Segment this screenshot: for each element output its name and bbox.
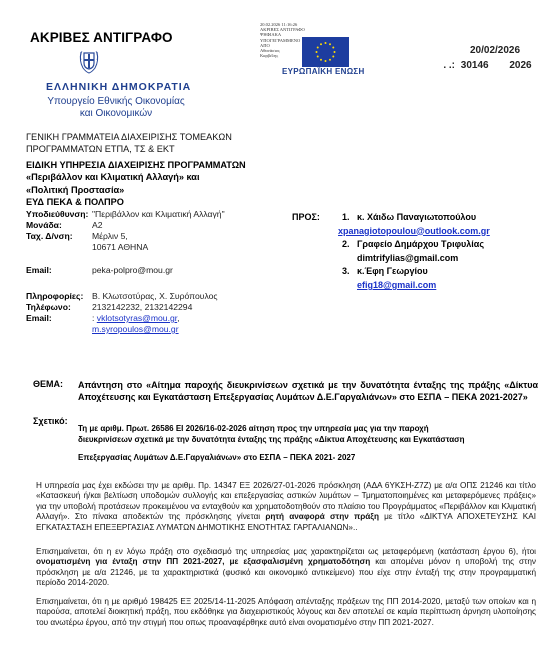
field-contact-email: Email:: vklotsotyras@mou.gr,m.syropoulos… <box>26 313 180 335</box>
ministry-line-1: Υπουργείο Εθνικής Οικονομίας <box>36 96 196 108</box>
special-service-line-4: ΕΥΔ ΠΕΚΑ & ΠΟΛΠΡΟ <box>26 196 296 208</box>
field-phone: Τηλέφωνο:2132142232, 2132142294 <box>26 302 192 313</box>
field-value: Μέρλιν 5,10671 ΑΘΗΝΑ <box>92 231 148 253</box>
field-value: 2132142232, 2132142294 <box>92 302 192 313</box>
recipient-name: 3.κ.Έφη Γεωργίου <box>342 265 552 279</box>
email-link-recipient-3[interactable]: efig18@gmail.com <box>357 280 436 290</box>
field-value: : vklotsotyras@mou.gr,m.syropoulos@mou.g… <box>92 313 180 335</box>
special-service-line-3: «Πολιτική Προστασία» <box>26 184 296 196</box>
subject-label: ΘΕΜΑ: <box>33 379 63 389</box>
protocol-prefix: . .: <box>433 60 455 71</box>
email-link-syropoulos[interactable]: m.syropoulos@mou.gr <box>92 324 179 334</box>
recipients-label: ΠΡΟΣ: <box>292 212 320 222</box>
field-value: "Περιβάλλον και Κλιματική Αλλαγή" <box>92 209 225 220</box>
certified-copy-title: ΑΚΡΙΒΕΣ ΑΝΤΙΓΡΑΦΟ <box>30 30 173 45</box>
greek-coat-of-arms-icon <box>77 48 101 74</box>
body-paragraph-2: Επισημαίνεται, ότι η εν λόγω πράξη στο σ… <box>36 547 536 589</box>
special-service: ΕΙΔΙΚΗ ΥΠΗΡΕΣΙΑ ΔΙΑΧΕΙΡΙΣΗΣ ΠΡΟΓΡΑΜΜΑΤΩΝ… <box>26 159 296 208</box>
field-subdirectorate: Υποδιεύθυνση:"Περιβάλλον και Κλιματική Α… <box>26 209 225 220</box>
field-label: Μονάδα: <box>26 220 92 231</box>
field-address: Ταχ. Δ/νση:Μέρλιν 5,10671 ΑΘΗΝΑ <box>26 231 148 253</box>
general-secretariat-line-1: ΓΕΝΙΚΗ ΓΡΑΜΜΑΤΕΙΑ ΔΙΑΧΕΙΡΙΣΗΣ ΤΟΜΕΑΚΩΝ <box>26 131 286 143</box>
recipient-email: xpanagiotopoulou@outlook.com.gr <box>338 225 552 239</box>
digital-signature-stamp: 20.02.2026 11:16:26 ΑΚΡΙΒΕΣ ΑΝΤΙΓΡΑΦΟ ΨΗ… <box>260 22 305 58</box>
field-label: Email: <box>26 265 92 276</box>
document-date: 20/02/2026 <box>470 45 520 56</box>
ministry-line-2: και Οικονομικών <box>36 108 196 120</box>
field-unit: Μονάδα:Α2 <box>26 220 103 231</box>
recipient-name-text: Γραφείο Δημάρχου Τριφυλίας <box>357 239 484 249</box>
field-value: Α2 <box>92 220 103 231</box>
field-info: Πληροφορίες:Β. Κλωτσοτύρας, Χ. Συρόπουλο… <box>26 291 218 302</box>
protocol-year: 2026 <box>509 60 531 71</box>
recipient-name: 2.Γραφείο Δημάρχου Τριφυλίας <box>342 238 552 252</box>
eu-flag-icon <box>302 37 349 67</box>
field-value: Β. Κλωτσοτύρας, Χ. Συρόπουλος <box>92 291 218 302</box>
email-separator: , <box>177 313 179 323</box>
recipient-name-text: κ. Χάιδω Παναγιωτοπούλου <box>357 212 476 222</box>
special-service-line-2: «Περιβάλλον και Κλιματική Αλλαγή» και <box>26 171 296 183</box>
subject-text: Απάντηση στο «Αίτημα παροχής διευκρινίσε… <box>78 379 538 404</box>
field-label: Ταχ. Δ/νση: <box>26 231 92 242</box>
recipient-email: efig18@gmail.com <box>342 279 552 293</box>
address-line-1: Μέρλιν 5, <box>92 231 128 241</box>
field-label: Υποδιεύθυνση: <box>26 209 92 220</box>
protocol-number: . .: 30146 2026 <box>433 60 532 71</box>
general-secretariat-line-2: ΠΡΟΓΡΑΜΜΑΤΩΝ ΕΤΠΑ, ΤΣ & ΕΚΤ <box>26 143 286 155</box>
body-paragraph-1: Η υπηρεσία μας έχει εκδώσει την με αριθμ… <box>36 481 536 533</box>
recipient-number: 2. <box>342 238 357 252</box>
email-link-klotsotyras[interactable]: vklotsotyras@mou.gr <box>97 313 177 323</box>
related-line-2: διευκρινίσεων σχετικά με την δυνατότητα … <box>78 435 464 444</box>
recipients-list: 1.κ. Χάιδω Παναγιωτοπούλου xpanagiotopou… <box>342 211 552 293</box>
related-text: Τη με αριθμ. Πρωτ. 26586 ΕΙ 2026/16-02-2… <box>78 423 538 463</box>
recipient-name-text: κ.Έφη Γεωργίου <box>357 266 428 276</box>
address-line-2: 10671 ΑΘΗΝΑ <box>92 242 148 252</box>
field-value: peka-polpro@mou.gr <box>92 265 173 276</box>
email-link-recipient-1[interactable]: xpanagiotopoulou@outlook.com.gr <box>338 226 490 236</box>
field-label: Τηλέφωνο: <box>26 302 92 313</box>
republic-name: ΕΛΛΗΝΙΚΗ ΔΗΜΟΚΡΑΤΙΑ <box>46 81 191 93</box>
paragraph-emphasis: ονοματισμένη για ένταξη στην ΠΠ 2021-202… <box>36 557 370 566</box>
related-line-3: Επεξεργασίας Λυμάτων Δ.Ε.Γαργαλιάνων» στ… <box>78 452 538 463</box>
ministry-name: Υπουργείο Εθνικής Οικονομίας και Οικονομ… <box>36 96 196 120</box>
paragraph-text: Επισημαίνεται, ότι η εν λόγω πράξη στο σ… <box>36 547 536 556</box>
recipient-email: dimtrifylias@gmail.com <box>342 252 552 266</box>
recipient-number: 1. <box>342 211 357 225</box>
related-line-1: Τη με αριθμ. Πρωτ. 26586 ΕΙ 2026/16-02-2… <box>78 424 429 433</box>
related-label: Σχετικό: <box>33 416 68 426</box>
body-paragraph-3: Επισημαίνεται, ότι η με αριθμό 198425 ΕΞ… <box>36 597 536 628</box>
field-email: Email:peka-polpro@mou.gr <box>26 265 173 276</box>
stamp-line: Καρβέλης <box>260 53 305 58</box>
special-service-line-1: ΕΙΔΙΚΗ ΥΠΗΡΕΣΙΑ ΔΙΑΧΕΙΡΙΣΗΣ ΠΡΟΓΡΑΜΜΑΤΩΝ <box>26 159 296 171</box>
general-secretariat: ΓΕΝΙΚΗ ΓΡΑΜΜΑΤΕΙΑ ΔΙΑΧΕΙΡΙΣΗΣ ΤΟΜΕΑΚΩΝ Π… <box>26 131 286 155</box>
field-label: Email: <box>26 313 92 324</box>
protocol-value: 30146 <box>461 60 489 71</box>
recipient-name: 1.κ. Χάιδω Παναγιωτοπούλου <box>342 211 552 225</box>
paragraph-emphasis: ρητή αναφορά στην πράξη <box>265 512 379 521</box>
recipient-number: 3. <box>342 265 357 279</box>
eu-label: ΕΥΡΩΠΑΪΚΗ ΕΝΩΣΗ <box>282 67 365 76</box>
field-label: Πληροφορίες: <box>26 291 92 302</box>
